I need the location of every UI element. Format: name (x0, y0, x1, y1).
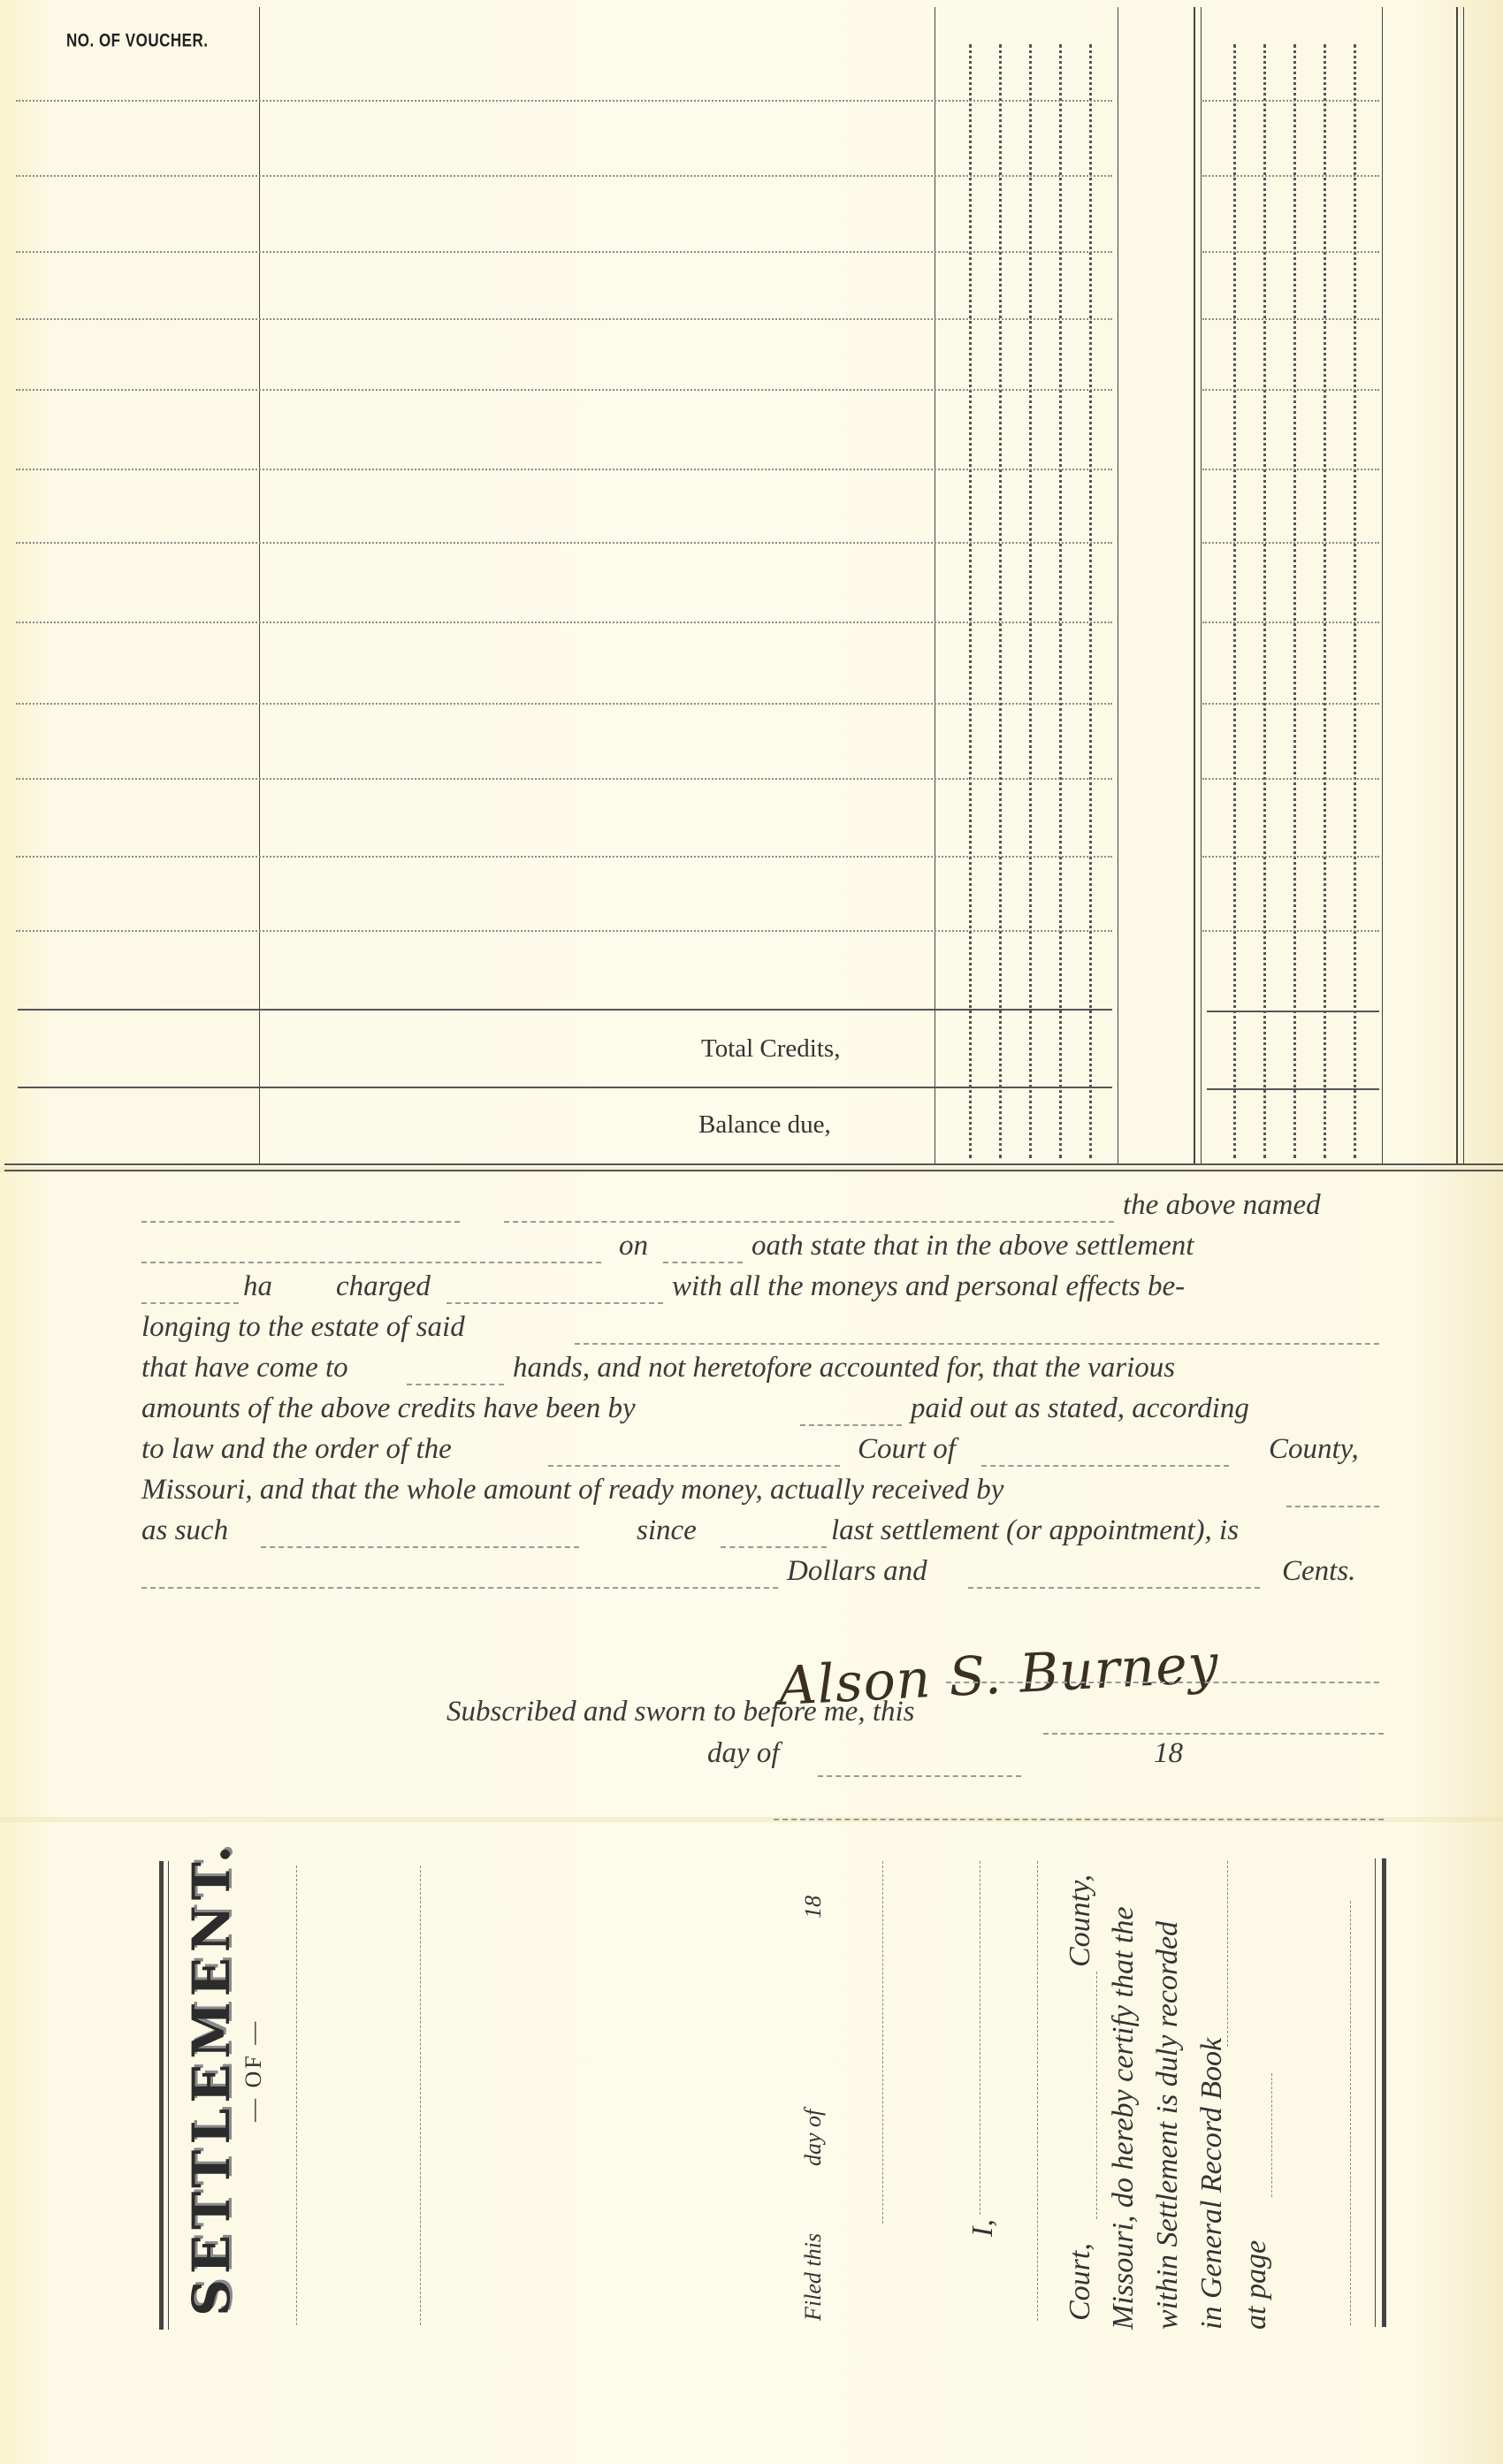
oath-text: Missouri, and that the whole amount of r… (141, 1474, 1003, 1507)
cert-line-3: in General Record Book (1195, 2038, 1229, 2330)
pronoun-blank[interactable] (663, 1262, 743, 1263)
title-blank[interactable] (504, 1221, 1114, 1223)
oath-text: since (637, 1514, 697, 1547)
oath-text: hands, and not heretofore accounted for,… (513, 1352, 1175, 1385)
money-subcolumn (1293, 44, 1296, 1158)
filed-this-label: Filed this (800, 2233, 827, 2321)
oath-text: the above named (1123, 1189, 1321, 1222)
column-divider (935, 7, 935, 1165)
row-rule (16, 389, 1112, 391)
balance-rule (1207, 1088, 1379, 1090)
money-subcolumn (1263, 44, 1266, 1158)
oath-text: to law and the order of the (141, 1433, 452, 1466)
total-rule (1207, 1011, 1379, 1012)
pronoun-blank[interactable] (1286, 1506, 1379, 1507)
row-rule (1202, 856, 1379, 858)
filed-day-of-label: day of (800, 2109, 827, 2166)
balance-rule (18, 1087, 1112, 1088)
capacity-blank[interactable] (261, 1546, 579, 1548)
column-divider (1382, 7, 1383, 1165)
column-divider-double (1201, 7, 1202, 1165)
pronoun-blank[interactable] (721, 1546, 827, 1548)
oath-paragraph: the above named on oath state that in th… (141, 1189, 1379, 1649)
row-rule (16, 251, 1112, 253)
table-bottom-border (4, 1163, 1503, 1165)
money-subcolumn (969, 44, 972, 1158)
pronoun-blank[interactable] (141, 1302, 239, 1304)
cert-line-2: within Settlement is duly recorded (1151, 1921, 1185, 2330)
oath-text: County, (1269, 1433, 1359, 1466)
pronoun-blank[interactable] (446, 1302, 663, 1304)
endorsement-left-border (159, 1861, 164, 2330)
money-subcolumn (1029, 44, 1032, 1158)
deceased-name-blank[interactable] (575, 1343, 1379, 1345)
cert-line-4: at page (1240, 2240, 1273, 2330)
oath-text: on (619, 1230, 648, 1263)
right-border (1463, 7, 1464, 1165)
money-subcolumn (1354, 44, 1356, 1158)
endorsement-right-border (1375, 1858, 1376, 2327)
money-subcolumn (999, 44, 1002, 1158)
jurat-line-1: Subscribed and sworn to before me, this (446, 1696, 915, 1728)
oath-text: amounts of the above credits have been b… (141, 1392, 636, 1425)
column-divider (1118, 7, 1118, 1165)
row-rule (16, 856, 1112, 858)
cents-amount-blank[interactable] (968, 1587, 1260, 1589)
right-border (1456, 7, 1458, 1165)
row-rule (1202, 389, 1379, 391)
balance-due-label: Balance due, (698, 1110, 831, 1140)
row-rule (16, 703, 1112, 705)
oath-text: paid out as stated, according (911, 1392, 1249, 1425)
certifier-name-blank[interactable] (980, 1861, 980, 2215)
row-rule (16, 930, 1112, 932)
officer-signature-line[interactable] (774, 1819, 1384, 1820)
row-rule (1202, 469, 1379, 470)
row-rule (1202, 100, 1379, 102)
money-subcolumn (1089, 44, 1092, 1158)
row-rule (1202, 778, 1379, 780)
endorsement-left-border (168, 1861, 169, 2330)
row-rule (16, 100, 1112, 102)
court-blank[interactable] (1037, 1861, 1038, 2321)
jurat-line-2: day of (707, 1737, 780, 1770)
county-blank[interactable] (1096, 1972, 1097, 2219)
pronoun-blank[interactable] (407, 1384, 504, 1385)
row-rule (1202, 175, 1379, 177)
cert-line-1: Missouri, do hereby certify that the (1107, 1907, 1141, 2330)
row-rule (1202, 703, 1379, 705)
signature-line (946, 1682, 1379, 1683)
column-divider (259, 7, 260, 1165)
document-page: NO. OF VOUCHER. (0, 0, 1503, 2464)
oath-text: Court of (858, 1433, 956, 1466)
money-subcolumn (1324, 44, 1326, 1158)
dollars-amount-blank[interactable] (141, 1587, 778, 1589)
oath-text: Dollars and (787, 1555, 927, 1588)
oath-text: Cents. (1282, 1555, 1355, 1588)
row-rule (16, 622, 1112, 623)
estate-name-blank[interactable] (296, 1865, 297, 2325)
jurat-month-blank[interactable] (818, 1775, 1021, 1777)
i-label: I, (966, 2219, 1000, 2237)
voucher-column-header: NO. OF VOUCHER. (66, 30, 209, 52)
jurat-day-blank[interactable] (1043, 1733, 1384, 1735)
court-label: Court, (1064, 2243, 1097, 2321)
name-blank[interactable] (141, 1262, 601, 1263)
court-name-blank[interactable] (548, 1465, 840, 1467)
filed-year-prefix: 18 (800, 1896, 827, 1919)
name-blank[interactable] (141, 1221, 460, 1223)
row-rule (16, 778, 1112, 780)
table-bottom-border (4, 1170, 1503, 1171)
oath-text: with all the moneys and personal effects… (672, 1270, 1185, 1303)
row-rule (1202, 318, 1379, 320)
row-rule (16, 469, 1112, 470)
jurat-year-prefix: 18 (1154, 1737, 1183, 1770)
oath-text: oath state that in the above settlement (751, 1230, 1194, 1263)
of-label: — OF — (240, 2019, 267, 2122)
county-name-blank[interactable] (981, 1465, 1229, 1467)
oath-text: ha (243, 1270, 272, 1303)
column-divider-double (1194, 7, 1195, 1165)
money-subcolumn (1233, 44, 1236, 1158)
money-subcolumn (1059, 44, 1062, 1158)
row-rule (1202, 622, 1379, 623)
county-label: County, (1064, 1874, 1097, 1967)
total-credits-label: Total Credits, (701, 1034, 840, 1064)
row-rule (1202, 542, 1379, 544)
clerk-name-blank[interactable] (882, 1861, 883, 2224)
settlement-title: SETTLEMENT. (181, 1840, 241, 2316)
total-rule (18, 1009, 1112, 1011)
administrator-name-blank[interactable] (420, 1865, 421, 2325)
recorder-signature-blank[interactable] (1350, 1901, 1351, 2325)
row-rule (1202, 930, 1379, 932)
row-rule (16, 175, 1112, 177)
oath-text: last settlement (or appointment), is (831, 1514, 1239, 1547)
page-number-blank[interactable] (1271, 2073, 1272, 2197)
row-rule (16, 318, 1112, 320)
row-rule (1202, 251, 1379, 253)
endorsement-right-border (1382, 1858, 1386, 2327)
oath-text: longing to the estate of said (141, 1311, 465, 1344)
oath-text: as such (141, 1514, 228, 1547)
row-rule (16, 542, 1112, 544)
record-book-blank[interactable] (1227, 1861, 1228, 2047)
oath-text: that have come to (141, 1352, 348, 1385)
pronoun-blank[interactable] (800, 1424, 902, 1426)
oath-text: charged (336, 1270, 431, 1303)
